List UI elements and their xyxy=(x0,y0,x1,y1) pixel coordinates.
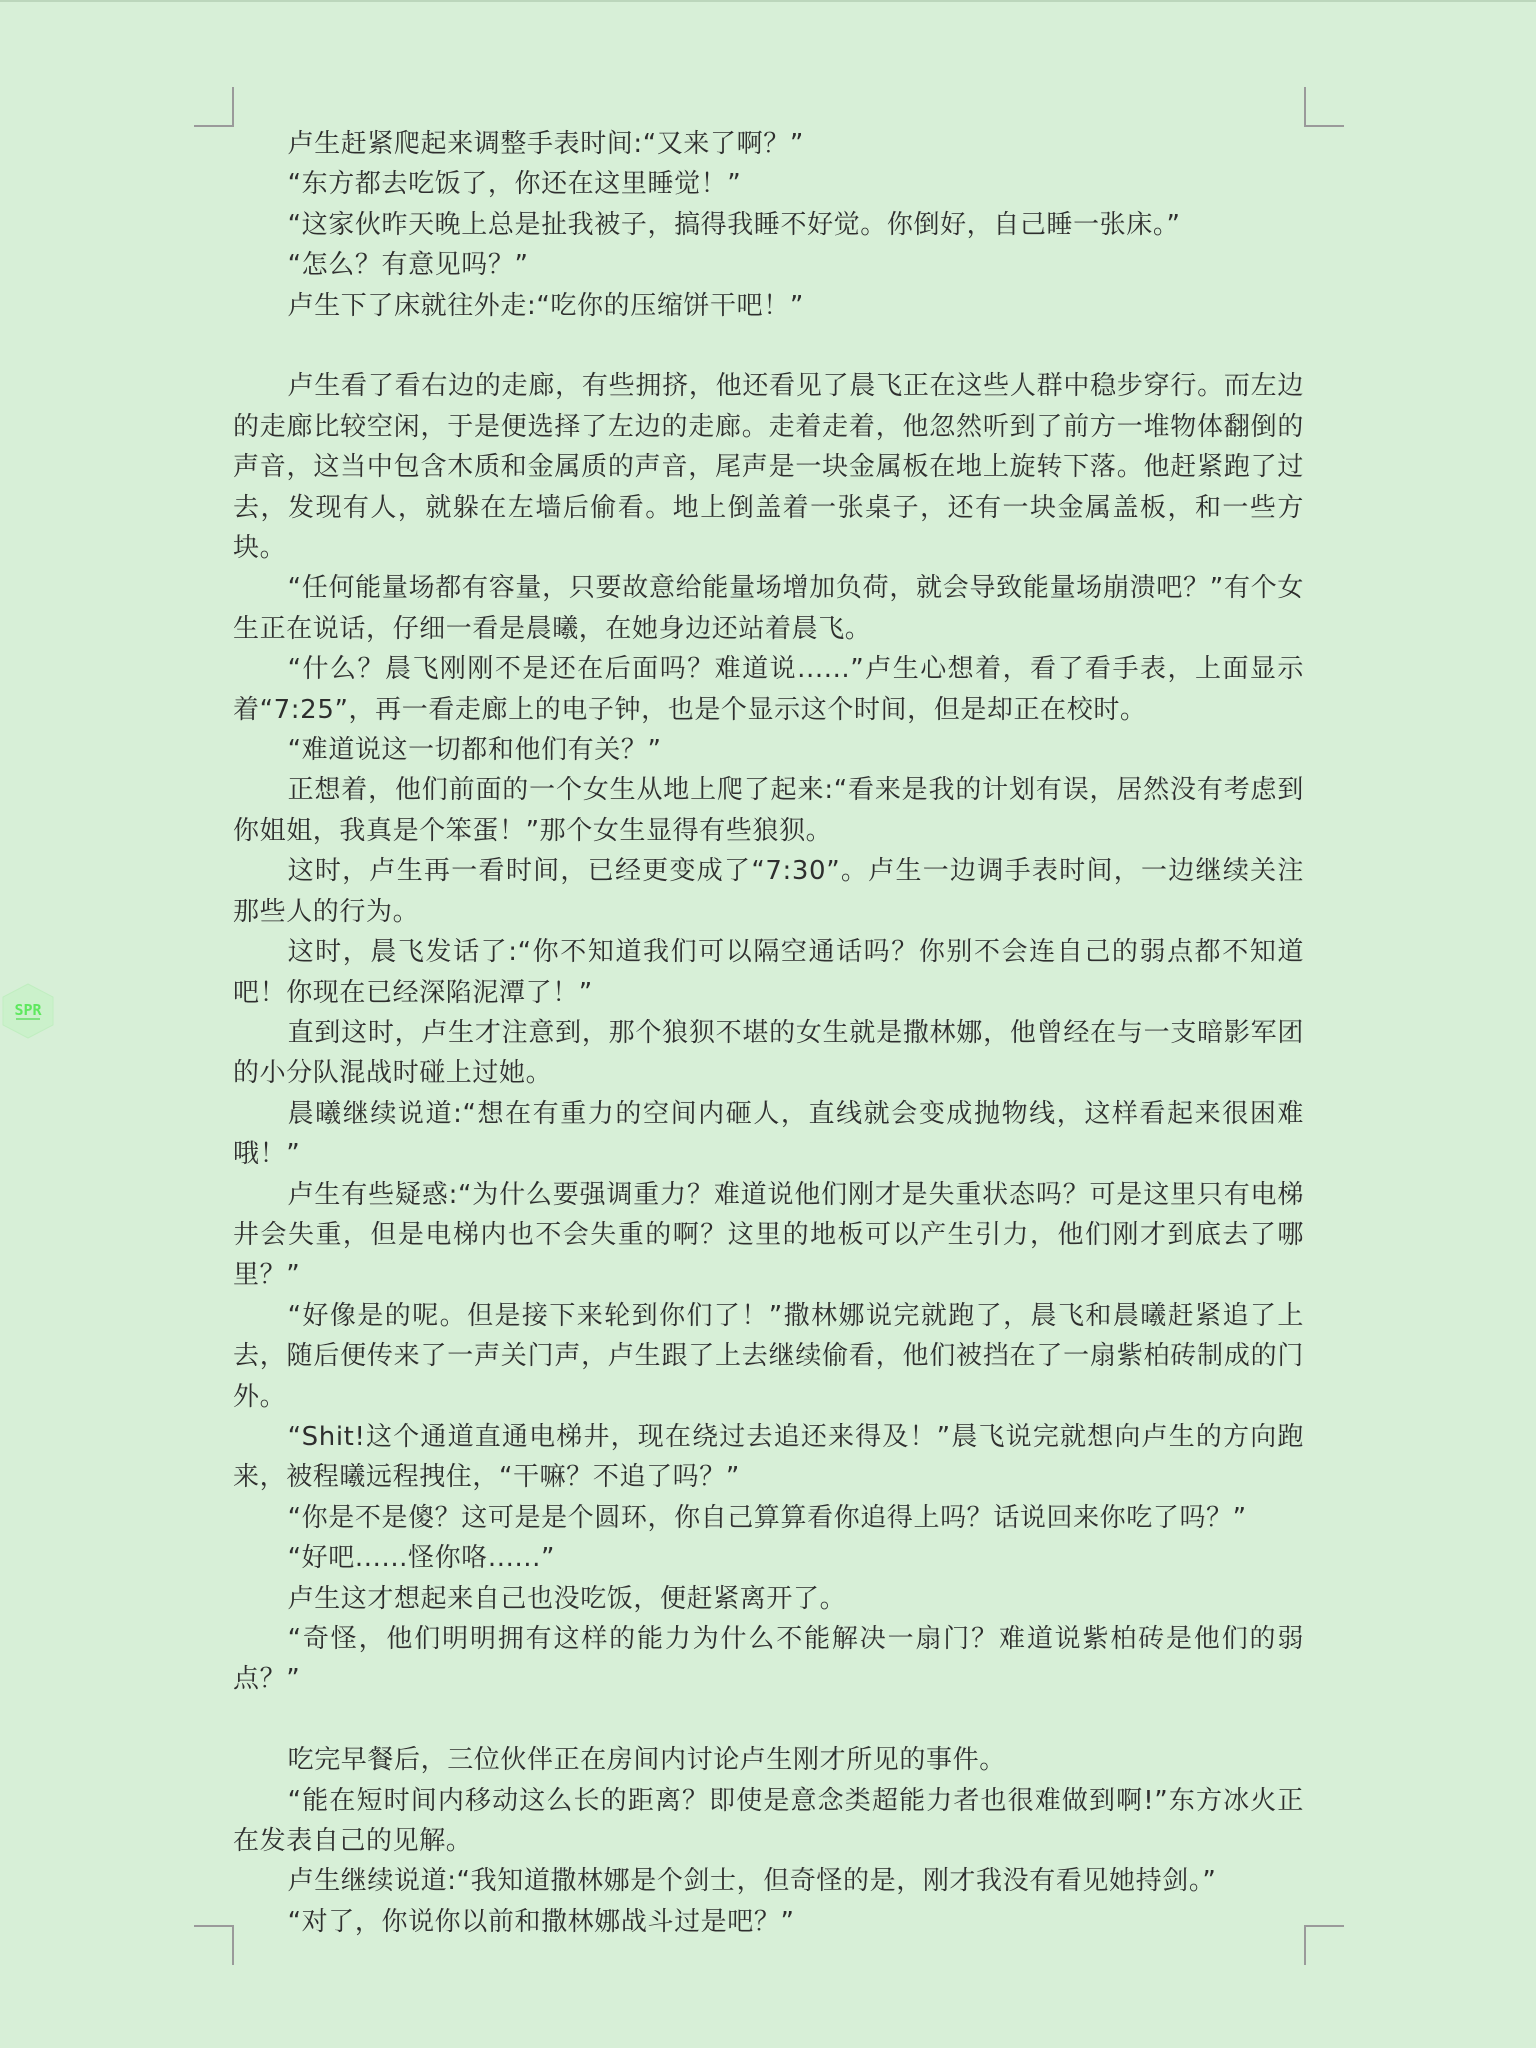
paragraph: 这时，卢生再一看时间，已经更变成了“7:30”。卢生一边调手表时间，一边继续关注… xyxy=(233,851,1304,932)
svg-text:SPR: SPR xyxy=(14,1001,42,1019)
margin-corner-mark-bottom-left xyxy=(194,1925,234,1965)
paragraph: 卢生继续说道:“我知道撒林娜是个剑士，但奇怪的是，刚才我没有看见她持剑。” xyxy=(233,1861,1304,1901)
paragraph: 直到这时，卢生才注意到，那个狼狈不堪的女生就是撒林娜，他曾经在与一支暗影军团的小… xyxy=(233,1013,1304,1094)
paragraph: “好像是的呢。但是接下来轮到你们了！”撒林娜说完就跑了，晨飞和晨曦赶紧追了上去，… xyxy=(233,1296,1304,1417)
paragraph: “东方都去吃饭了，你还在这里睡觉！” xyxy=(233,164,1304,204)
watermark-logo-icon: SPR xyxy=(0,982,56,1040)
blank-line xyxy=(233,326,1304,366)
paragraph: 卢生有些疑惑:“为什么要强调重力？难道说他们刚才是失重状态吗？可是这里只有电梯井… xyxy=(233,1175,1304,1296)
paragraph: “难道说这一切都和他们有关？” xyxy=(233,730,1304,770)
paragraph: “你是不是傻？这可是是个圆环，你自己算算看你追得上吗？话说回来你吃了吗？” xyxy=(233,1498,1304,1538)
paragraph: “对了，你说你以前和撒林娜战斗过是吧？” xyxy=(233,1902,1304,1942)
paragraph: “什么？晨飞刚刚不是还在后面吗？难道说......”卢生心想着，看了看手表，上面… xyxy=(233,649,1304,730)
paragraph: 晨曦继续说道:“想在有重力的空间内砸人，直线就会变成抛物线，这样看起来很困难哦！… xyxy=(233,1094,1304,1175)
paragraph: 卢生这才想起来自己也没吃饭，便赶紧离开了。 xyxy=(233,1579,1304,1619)
blank-line xyxy=(233,1700,1304,1740)
margin-corner-mark-bottom-right xyxy=(1304,1925,1344,1965)
top-edge-divider xyxy=(0,0,1536,2)
paragraph: “能在短时间内移动这么长的距离？即使是意念类超能力者也很难做到啊!”东方冰火正在… xyxy=(233,1781,1304,1862)
margin-corner-mark-top-left xyxy=(194,87,234,127)
paragraph: 卢生下了床就往外走:“吃你的压缩饼干吧！” xyxy=(233,286,1304,326)
paragraph: 卢生看了看右边的走廊，有些拥挤，他还看见了晨飞正在这些人群中稳步穿行。而左边的走… xyxy=(233,366,1304,568)
paragraph: “好吧......怪你咯......” xyxy=(233,1538,1304,1578)
paragraph: 这时，晨飞发话了:“你不知道我们可以隔空通话吗？你别不会连自己的弱点都不知道吧！… xyxy=(233,932,1304,1013)
paragraph: “这家伙昨天晚上总是扯我被子，搞得我睡不好觉。你倒好，自己睡一张床。” xyxy=(233,205,1304,245)
paragraph: 卢生赶紧爬起来调整手表时间:“又来了啊？” xyxy=(233,124,1304,164)
paragraph: “Shit!这个通道直通电梯井，现在绕过去追还来得及！”晨飞说完就想向卢生的方向… xyxy=(233,1417,1304,1498)
document-body: 卢生赶紧爬起来调整手表时间:“又来了啊？” “东方都去吃饭了，你还在这里睡觉！”… xyxy=(233,124,1304,1942)
paragraph: “怎么？有意见吗？” xyxy=(233,245,1304,285)
paragraph: 吃完早餐后，三位伙伴正在房间内讨论卢生刚才所见的事件。 xyxy=(233,1740,1304,1780)
paragraph: “任何能量场都有容量，只要故意给能量场增加负荷，就会导致能量场崩溃吧？”有个女生… xyxy=(233,568,1304,649)
paragraph: 正想着，他们前面的一个女生从地上爬了起来:“看来是我的计划有误，居然没有考虑到你… xyxy=(233,770,1304,851)
margin-corner-mark-top-right xyxy=(1304,87,1344,127)
paragraph: “奇怪，他们明明拥有这样的能力为什么不能解决一扇门？难道说紫柏砖是他们的弱点？” xyxy=(233,1619,1304,1700)
